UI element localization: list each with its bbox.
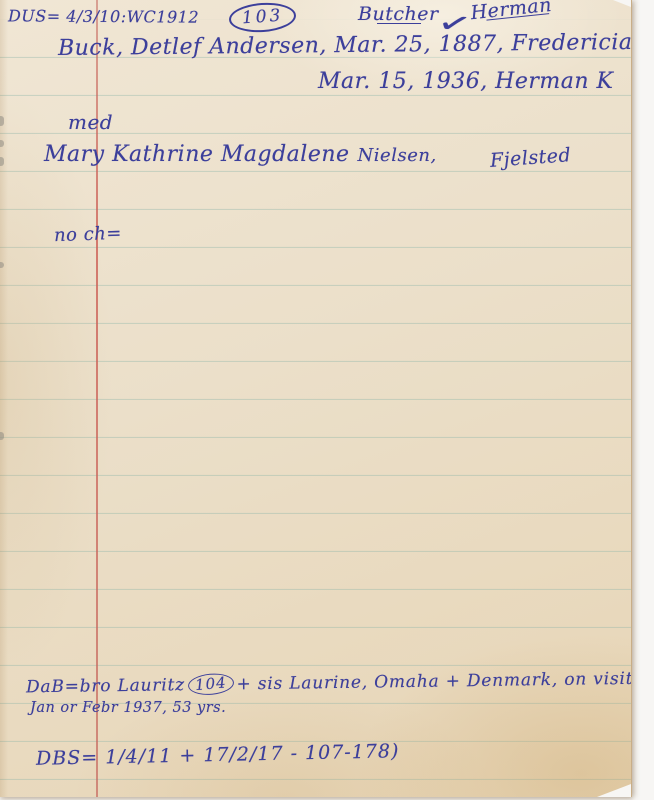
relatives-note-post: + sis Laurine, Omaha + Denmark, on visit… (236, 668, 632, 694)
paper-corner-notch (597, 784, 631, 797)
married-label: med (68, 110, 113, 134)
source-reference-line: DBS= 1/4/11 + 17/2/17 - 107-178) (36, 740, 400, 770)
spouse-name-line: Mary Kathrine MagdaleneNielsen, (44, 142, 437, 167)
paper-edge-chip (0, 432, 4, 440)
paper-edge-chip (0, 140, 4, 147)
paper-page: DUS= 4/3/10:WC1912 103 Butcher ✓ Herman … (0, 0, 632, 797)
paper-edge-chip (0, 116, 4, 126)
heading-surname: Butcher (358, 3, 439, 25)
heading-given-name: Herman (469, 0, 552, 24)
paper-edge-chip (0, 157, 4, 166)
death-line: Mar. 15, 1936, Herman K (318, 69, 613, 94)
relatives-note-pre: DaB=bro Lauritz (26, 675, 185, 697)
cross-reference-number: 104 (187, 672, 234, 697)
name-birth-line: Buck, Detlef Andersen, Mar. 25, 1887, Fr… (58, 30, 632, 61)
file-reference-note: DUS= 4/3/10:WC1912 (8, 6, 199, 26)
heading-line: Butcher ✓ Herman (358, 3, 552, 31)
relatives-note-line2: Jan or Febr 1937, 53 yrs. (30, 700, 226, 716)
children-note: no ch= (54, 223, 123, 246)
spouse-given-name: Mary Kathrine Magdalene (44, 142, 350, 167)
relatives-note-line: DaB=bro Lauritz 104 + sis Laurine, Omaha… (26, 668, 632, 698)
paper-edge-chip (0, 262, 4, 268)
page-number: 103 (228, 1, 297, 35)
page-number-circle: 103 (229, 3, 296, 32)
spouse-surname: Nielsen, (350, 145, 437, 166)
paper-corner-notch (613, 0, 631, 7)
scan-background: DUS= 4/3/10:WC1912 103 Butcher ✓ Herman … (0, 0, 654, 800)
spouse-place: Fjelsted (489, 144, 572, 172)
